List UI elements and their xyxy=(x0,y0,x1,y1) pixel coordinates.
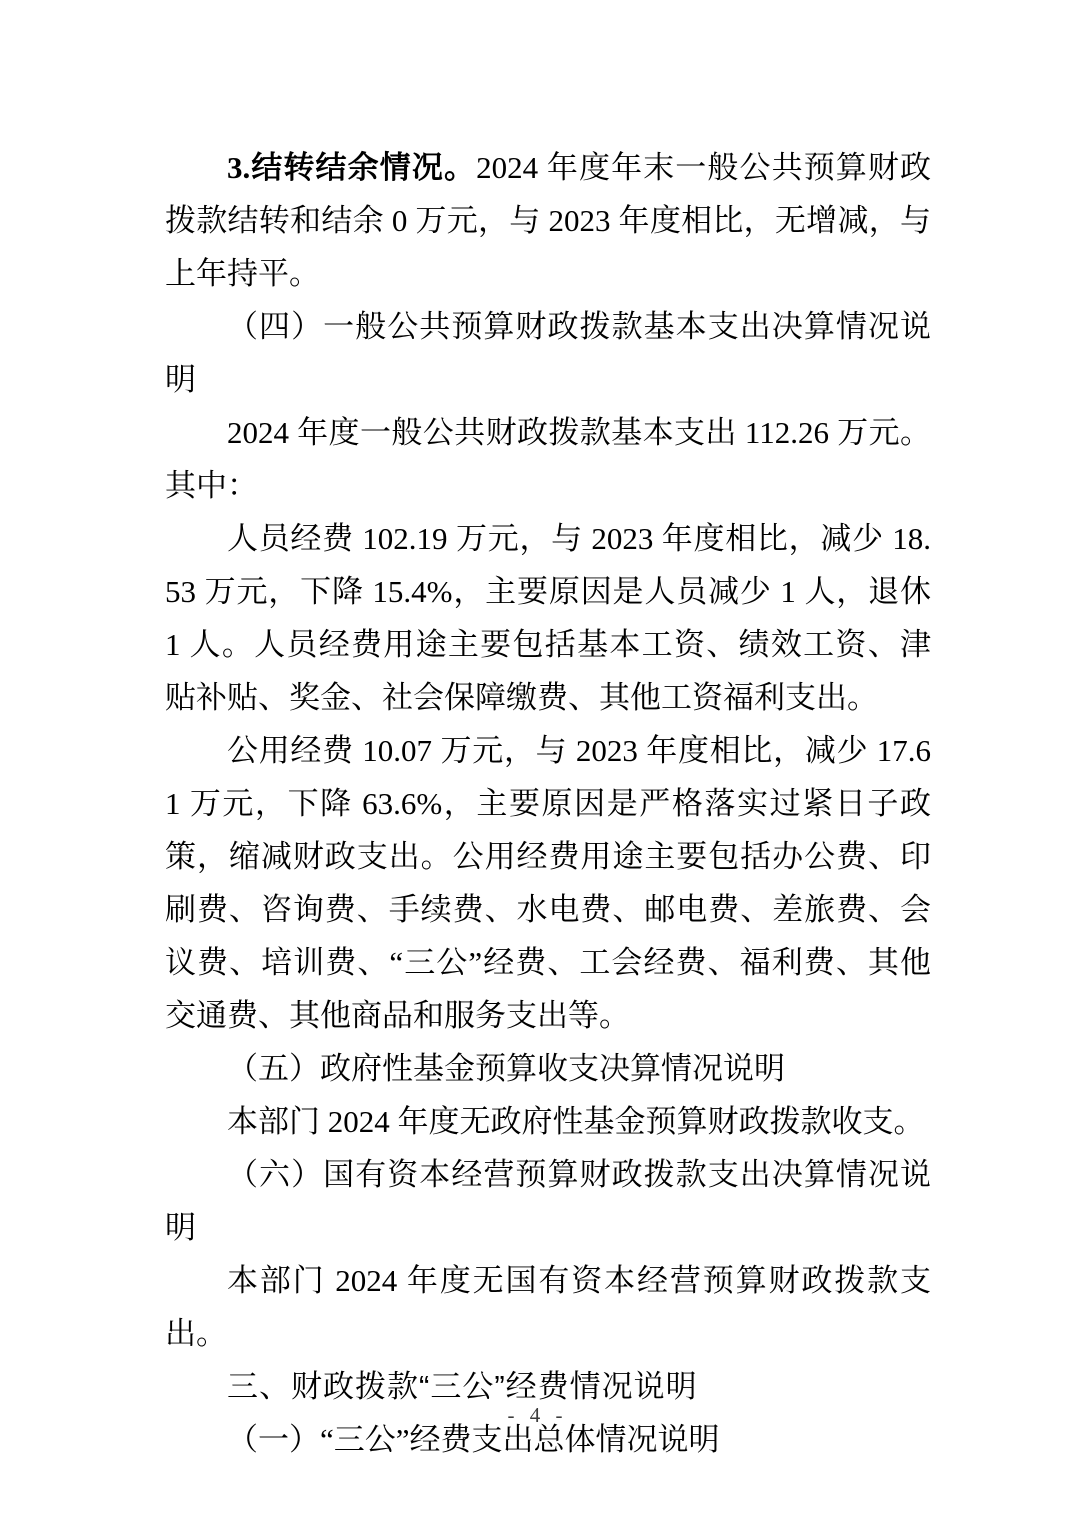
document-page: 3.结转结余情况。2024 年度年末一般公共预算财政拨款结转和结余 0 万元，与… xyxy=(0,0,1075,1520)
paragraph-public-expense: 公用经费 10.07 万元，与 2023 年度相比，减少 17.61 万元，下降… xyxy=(165,724,931,1042)
paragraph-carryover-lead: 3.结转结余情况。 xyxy=(227,150,476,185)
paragraph-state-capital: 本部门 2024 年度无国有资本经营预算财政拨款支出。 xyxy=(165,1254,931,1360)
document-body: 3.结转结余情况。2024 年度年末一般公共预算财政拨款结转和结余 0 万元，与… xyxy=(165,141,931,1466)
paragraph-basic-expense: 2024 年度一般公共财政拨款基本支出 112.26 万元。其中： xyxy=(165,406,931,512)
paragraph-gov-fund: 本部门 2024 年度无政府性基金预算财政拨款收支。 xyxy=(165,1095,931,1148)
paragraph-personnel-expense: 人员经费 102.19 万元，与 2023 年度相比，减少 18.53 万元，下… xyxy=(165,512,931,724)
heading-section-4: （四）一般公共预算财政拨款基本支出决算情况说明 xyxy=(165,300,931,406)
page-number: - 4 - xyxy=(0,1402,1075,1428)
heading-section-5: （五）政府性基金预算收支决算情况说明 xyxy=(165,1042,931,1095)
paragraph-carryover: 3.结转结余情况。2024 年度年末一般公共预算财政拨款结转和结余 0 万元，与… xyxy=(165,141,931,300)
heading-section-6: （六）国有资本经营预算财政拨款支出决算情况说明 xyxy=(165,1148,931,1254)
